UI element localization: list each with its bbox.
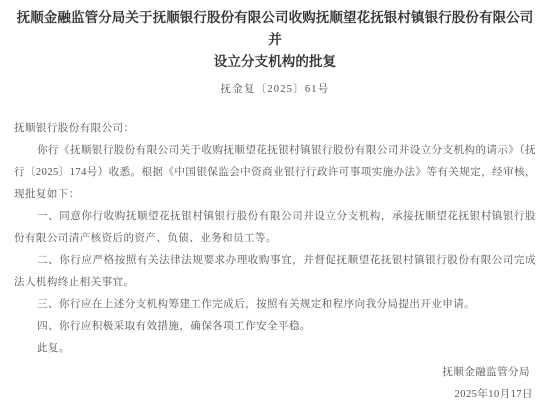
document-body: 抚顺银行股份有限公司： 你行《抚顺银行股份有限公司关于收购抚顺望花抚银村镇银行股… bbox=[14, 118, 536, 360]
paragraph-item-4: 四、你行应积极采取有效措施，确保各项工作安全平稳。 bbox=[14, 316, 536, 338]
salutation: 抚顺银行股份有限公司： bbox=[14, 118, 536, 140]
issuing-authority: 抚顺金融监管分局 bbox=[442, 362, 530, 384]
paragraph-item-1: 一、同意你行收购抚顺望花抚银村镇银行股份有限公司并设立分支机构，承接抚顺望花抚银… bbox=[14, 206, 536, 250]
signature-block: 抚顺金融监管分局 2025年10月17日 bbox=[442, 362, 530, 406]
document-page: 抚顺金融监管分局关于抚顺银行股份有限公司收购抚顺望花抚银村镇银行股份有限公司并 … bbox=[0, 0, 550, 407]
closing-phrase: 此复。 bbox=[14, 338, 536, 360]
title-line-1: 抚顺金融监管分局关于抚顺银行股份有限公司收购抚顺望花抚银村镇银行股份有限公司并 bbox=[12, 7, 538, 51]
title-line-2: 设立分支机构的批复 bbox=[12, 51, 538, 73]
document-number: 抚金复〔2025〕61号 bbox=[14, 83, 536, 97]
issue-date: 2025年10月17日 bbox=[442, 384, 533, 406]
paragraph-item-2: 二、你行应严格按照有关法律法规要求办理收购事宜，并督促抚顺望花抚银村镇银行股份有… bbox=[14, 250, 536, 294]
paragraph-intro: 你行《抚顺银行股份有限公司关于收购抚顺望花抚银村镇银行股份有限公司并设立分支机构… bbox=[14, 140, 536, 206]
paragraph-item-3: 三、你行应在上述分支机构筹建工作完成后，按照有关规定和程序向我分局提出开业申请。 bbox=[14, 294, 536, 316]
page-title: 抚顺金融监管分局关于抚顺银行股份有限公司收购抚顺望花抚银村镇银行股份有限公司并 … bbox=[12, 7, 538, 73]
